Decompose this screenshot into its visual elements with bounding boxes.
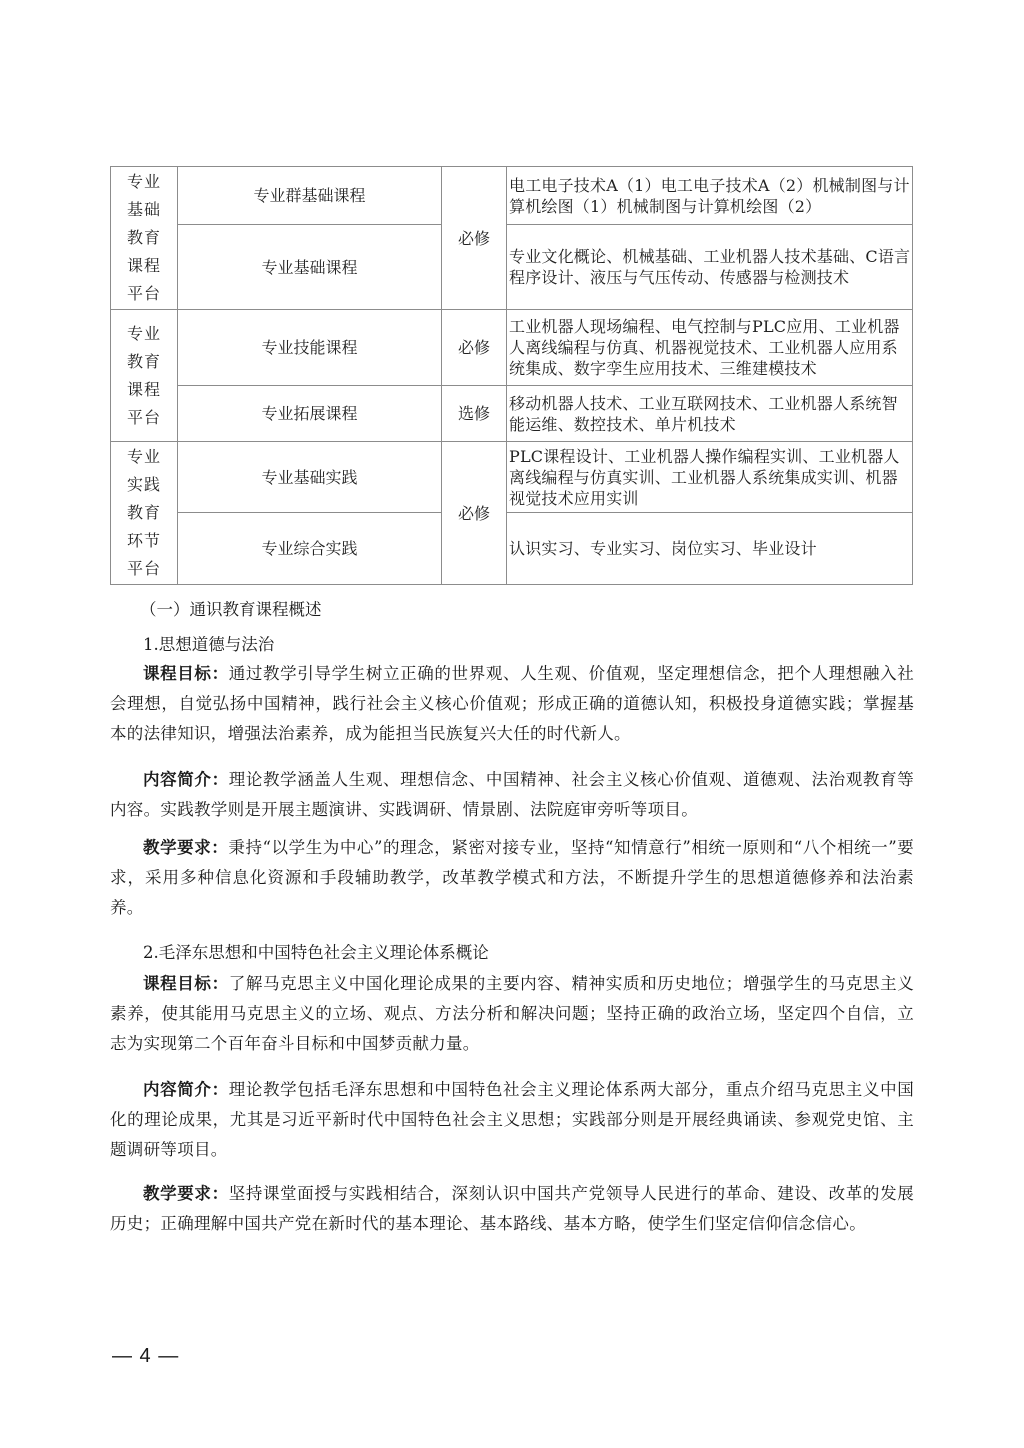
course-content-paragraph: 内容简介：理论教学包括毛泽东思想和中国特色社会主义理论体系两大部分，重点介绍马克… <box>110 1075 914 1165</box>
table-row: 专业 实践 教育 环节 平台 专业基础实践 必修 PLC课程设计、工业机器人操作… <box>111 442 913 513</box>
content-cell: 电工电子技术A（1）电工电子技术A（2）机械制图与计算机绘图（1）机械制图与计算… <box>507 167 913 225</box>
platform-text: 课程 <box>111 252 177 280</box>
course-goal-paragraph: 课程目标：通过教学引导学生树立正确的世界观、人生观、价值观，坚定理想信念，把个人… <box>110 659 914 749</box>
category-cell: 专业群基础课程 <box>178 167 442 225</box>
platform-text: 专业 <box>111 443 177 471</box>
goal-label: 课程目标： <box>143 974 229 993</box>
platform-text: 专业 <box>111 320 177 348</box>
platform-text: 教育 <box>111 348 177 376</box>
content-cell: 移动机器人技术、工业互联网技术、工业机器人系统智能运维、数控技术、单片机技术 <box>507 386 913 442</box>
course-structure-table: 专业 基础 教育 课程 平台 专业群基础课程 必修 电工电子技术A（1）电工电子… <box>110 166 913 585</box>
category-cell: 专业基础课程 <box>178 225 442 310</box>
table-row: 专业综合实践 认识实习、专业实习、岗位实习、毕业设计 <box>111 513 913 585</box>
content-label: 内容简介： <box>143 770 229 789</box>
section-heading: （一）通识教育课程概述 <box>140 596 322 620</box>
goal-text: 了解马克思主义中国化理论成果的主要内容、精神实质和历史地位；增强学生的马克思主义… <box>110 974 914 1053</box>
content-cell: 认识实习、专业实习、岗位实习、毕业设计 <box>507 513 913 585</box>
platform-cell: 专业 实践 教育 环节 平台 <box>111 442 178 585</box>
goal-label: 课程目标： <box>143 664 229 683</box>
type-cell: 选修 <box>442 386 507 442</box>
platform-cell: 专业 教育 课程 平台 <box>111 310 178 442</box>
course-goal-paragraph: 课程目标：了解马克思主义中国化理论成果的主要内容、精神实质和历史地位；增强学生的… <box>110 969 914 1059</box>
course-title: 1.思想道德与法治 <box>143 631 274 655</box>
page-number: — 4 — <box>112 1345 179 1368</box>
requirement-label: 教学要求： <box>143 1184 229 1203</box>
table-row: 专业拓展课程 选修 移动机器人技术、工业互联网技术、工业机器人系统智能运维、数控… <box>111 386 913 442</box>
content-cell: PLC课程设计、工业机器人操作编程实训、工业机器人离线编程与仿真实训、工业机器人… <box>507 442 913 513</box>
requirement-text: 坚持课堂面授与实践相结合，深刻认识中国共产党领导人民进行的革命、建设、改革的发展… <box>110 1184 914 1233</box>
content-text: 理论教学涵盖人生观、理想信念、中国精神、社会主义核心价值观、道德观、法治观教育等… <box>110 770 914 819</box>
table-row: 专业 基础 教育 课程 平台 专业群基础课程 必修 电工电子技术A（1）电工电子… <box>111 167 913 225</box>
platform-text: 课程 <box>111 376 177 404</box>
course-title: 2.毛泽东思想和中国特色社会主义理论体系概论 <box>143 939 489 963</box>
platform-cell: 专业 基础 教育 课程 平台 <box>111 167 178 310</box>
platform-text: 专业 <box>111 168 177 196</box>
course-requirement-paragraph: 教学要求：坚持课堂面授与实践相结合，深刻认识中国共产党领导人民进行的革命、建设、… <box>110 1179 914 1239</box>
type-cell: 必修 <box>442 167 507 310</box>
category-cell: 专业拓展课程 <box>178 386 442 442</box>
goal-text: 通过教学引导学生树立正确的世界观、人生观、价值观，坚定理想信念，把个人理想融入社… <box>110 664 914 743</box>
content-label: 内容简介： <box>143 1080 229 1099</box>
course-requirement-paragraph: 教学要求：秉持“以学生为中心”的理念，紧密对接专业，坚持“知情意行”相统一原则和… <box>110 833 914 923</box>
table-row: 专业基础课程 专业文化概论、机械基础、工业机器人技术基础、C语言程序设计、液压与… <box>111 225 913 310</box>
platform-text: 教育 <box>111 224 177 252</box>
type-cell: 必修 <box>442 442 507 585</box>
content-cell: 专业文化概论、机械基础、工业机器人技术基础、C语言程序设计、液压与气压传动、传感… <box>507 225 913 310</box>
category-cell: 专业综合实践 <box>178 513 442 585</box>
category-cell: 专业技能课程 <box>178 310 442 386</box>
platform-text: 平台 <box>111 280 177 308</box>
table-row: 专业 教育 课程 平台 专业技能课程 必修 工业机器人现场编程、电气控制与PLC… <box>111 310 913 386</box>
document-page: 专业 基础 教育 课程 平台 专业群基础课程 必修 电工电子技术A（1）电工电子… <box>0 0 1024 1448</box>
content-cell: 工业机器人现场编程、电气控制与PLC应用、工业机器人离线编程与仿真、机器视觉技术… <box>507 310 913 386</box>
content-text: 理论教学包括毛泽东思想和中国特色社会主义理论体系两大部分，重点介绍马克思主义中国… <box>110 1080 914 1159</box>
platform-text: 实践 <box>111 471 177 499</box>
platform-text: 平台 <box>111 555 177 583</box>
requirement-text: 秉持“以学生为中心”的理念，紧密对接专业，坚持“知情意行”相统一原则和“八个相统… <box>110 838 914 917</box>
course-content-paragraph: 内容简介：理论教学涵盖人生观、理想信念、中国精神、社会主义核心价值观、道德观、法… <box>110 765 914 825</box>
platform-text: 平台 <box>111 404 177 432</box>
platform-text: 环节 <box>111 527 177 555</box>
requirement-label: 教学要求： <box>143 838 228 857</box>
platform-text: 基础 <box>111 196 177 224</box>
category-cell: 专业基础实践 <box>178 442 442 513</box>
platform-text: 教育 <box>111 499 177 527</box>
type-cell: 必修 <box>442 310 507 386</box>
